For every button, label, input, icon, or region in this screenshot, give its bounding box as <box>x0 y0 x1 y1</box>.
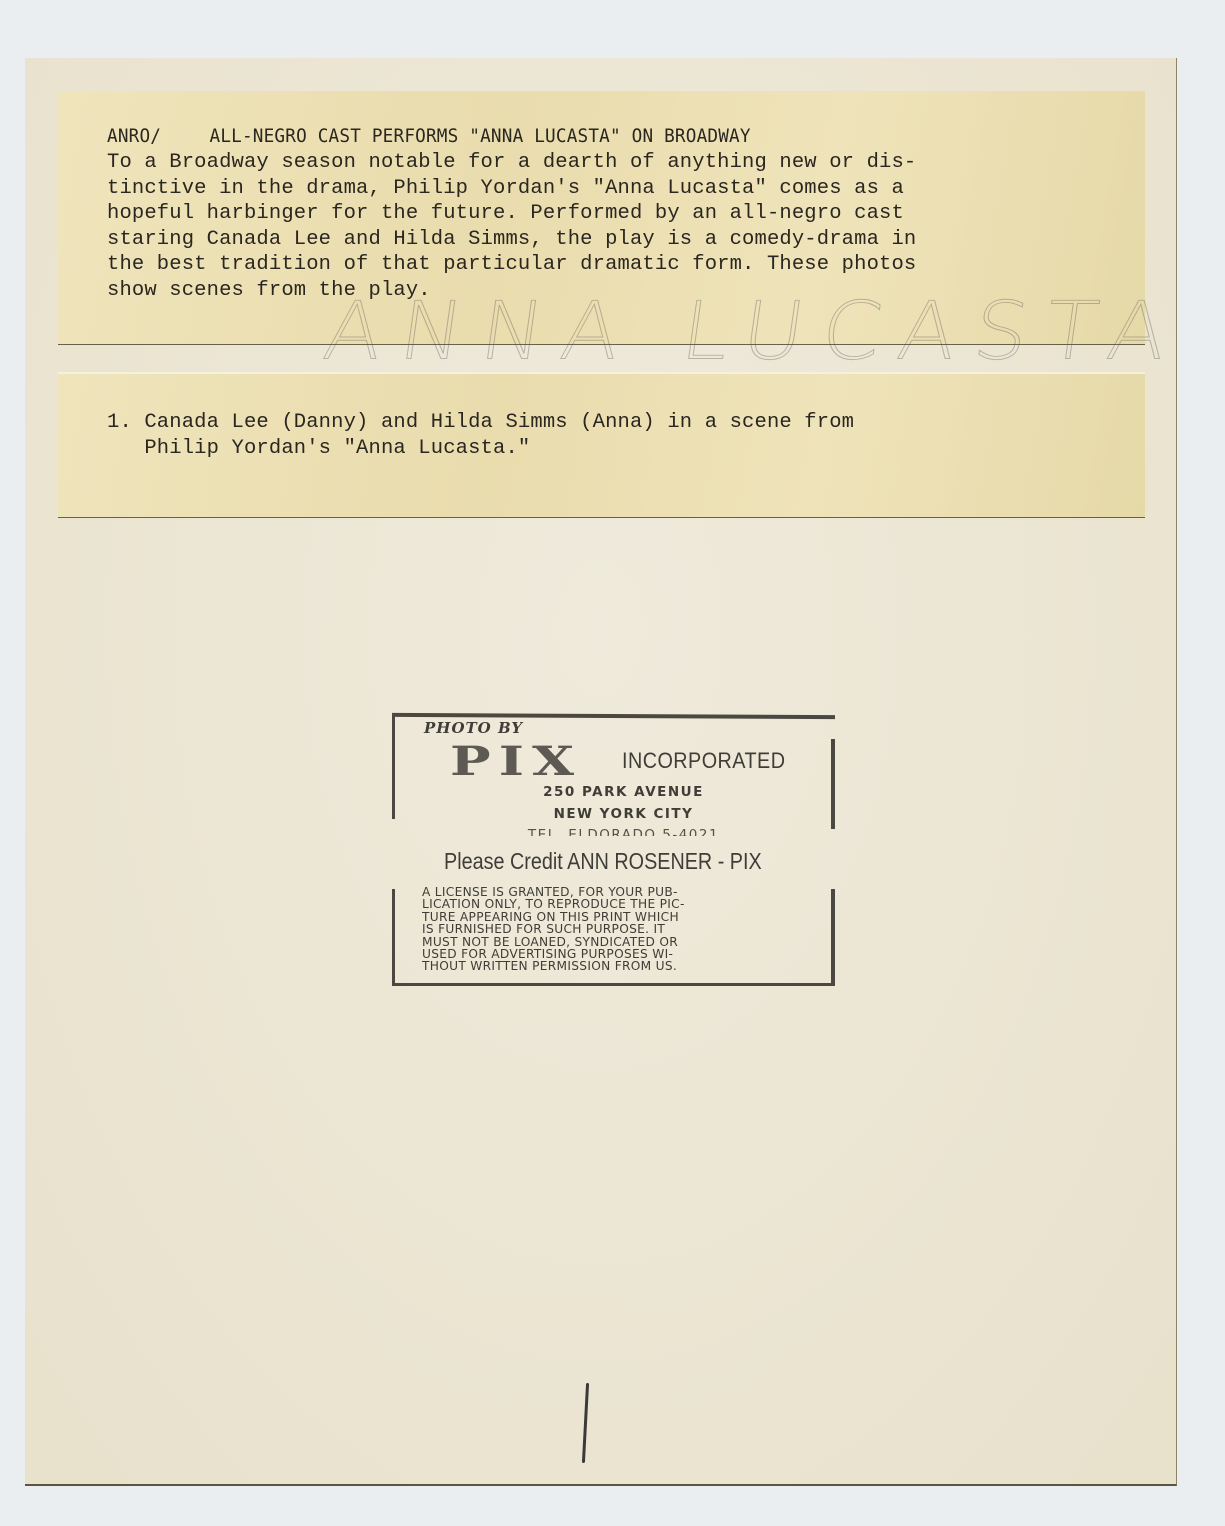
body-line: tinctive in the drama, Philip Yordan's "… <box>107 176 916 202</box>
license-line: LICATION ONLY, TO REPRODUCE THE PIC- <box>422 898 802 910</box>
stamp-credit-line: Please Credit ANN ROSENER - PIX <box>444 848 762 875</box>
stamp-agency-suffix: INCORPORATED <box>622 748 785 774</box>
headline-title: ALL-NEGRO CAST PERFORMS "ANNA LUCASTA" O… <box>209 125 750 147</box>
body-line: To a Broadway season notable for a deart… <box>107 150 916 176</box>
pix-agency-stamp: PHOTO BY PIX INCORPORATED 250 PARK AVENU… <box>392 714 835 986</box>
stamp-telephone: TEL. ELDORADO 5-4021 <box>392 827 835 836</box>
caption-line: Philip Yordan's "Anna Lucasta." <box>107 436 854 462</box>
stamp-border <box>392 714 395 819</box>
license-line: IS FURNISHED FOR SUCH PURPOSE. IT <box>422 923 802 935</box>
headline-slug: ANRO/ <box>107 125 161 147</box>
license-line: THOUT WRITTEN PERMISSION FROM US. <box>422 960 802 972</box>
body-line: hopeful harbinger for the future. Perfor… <box>107 201 916 227</box>
photo-caption: 1. Canada Lee (Danny) and Hilda Simms (A… <box>107 410 854 461</box>
stamp-address-line1: 250 PARK AVENUE <box>392 784 835 800</box>
handwritten-pencil-note: ANNA LUCASTA <box>318 284 1190 377</box>
stamp-photo-by: PHOTO BY <box>424 719 523 737</box>
stamp-agency-logo: PIX <box>450 738 582 785</box>
press-release-body: To a Broadway season notable for a deart… <box>107 150 916 304</box>
stamp-address-line2: NEW YORK CITY <box>392 806 835 822</box>
stamp-license-text: A LICENSE IS GRANTED, FOR YOUR PUB-LICAT… <box>422 886 802 973</box>
stamp-border <box>392 983 835 986</box>
stamp-border <box>392 889 395 984</box>
caption-line: 1. Canada Lee (Danny) and Hilda Simms (A… <box>107 410 854 436</box>
headline: ANRO/ALL-NEGRO CAST PERFORMS "ANNA LUCAS… <box>107 124 751 150</box>
body-line: staring Canada Lee and Hilda Simms, the … <box>107 227 916 253</box>
stamp-border <box>831 889 835 984</box>
body-line: the best tradition of that particular dr… <box>107 252 916 278</box>
